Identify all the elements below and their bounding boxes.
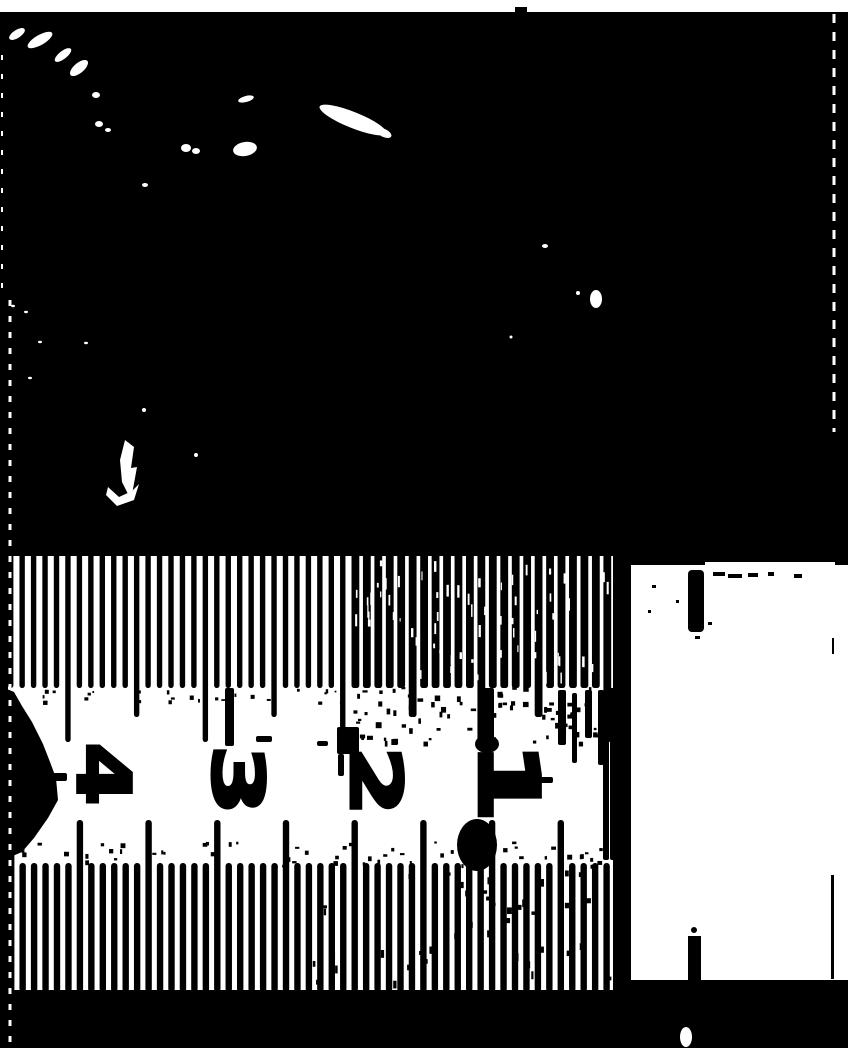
ruler-upper-tick-comb-shape xyxy=(317,550,322,688)
lower-comb-noise-shape xyxy=(454,933,459,939)
ruler-upper-tick-comb-shape xyxy=(443,550,451,688)
lower-comb-noise-shape xyxy=(120,849,122,854)
upper-comb-noise-shape xyxy=(471,604,472,617)
lower-comb-noise-shape xyxy=(295,847,299,849)
ruler-lower-tick-comb-shape xyxy=(100,863,106,992)
ruler-upper-tick-comb-shape xyxy=(340,550,345,742)
face-top-noise-shape xyxy=(391,739,397,745)
upper-comb-noise-shape xyxy=(468,594,470,605)
bright-panel-marks-shape xyxy=(748,573,758,577)
face-top-noise-shape xyxy=(379,690,382,694)
upper-comb-noise-shape xyxy=(537,610,538,614)
ruler-upper-tick-comb-shape xyxy=(294,550,299,688)
ruler-lower-tick-comb-shape xyxy=(31,863,37,992)
face-top-noise-shape xyxy=(510,705,513,710)
face-top-noise-shape xyxy=(84,697,88,700)
lower-comb-noise-shape xyxy=(282,865,284,868)
face-top-noise-shape xyxy=(335,691,337,693)
upper-comb-noise-shape xyxy=(564,573,566,583)
upper-comb-noise-shape xyxy=(552,613,554,619)
glare-streaks-shape xyxy=(542,244,548,248)
upper-comb-noise-shape xyxy=(434,561,436,572)
ruler-upper-tick-comb-shape xyxy=(248,550,253,688)
lower-comb-noise-shape xyxy=(586,898,591,903)
ruler-upper-tick-comb-shape xyxy=(466,550,474,688)
lower-comb-noise-shape xyxy=(114,858,117,860)
lower-comb-noise-shape xyxy=(411,960,413,968)
ruler-marks-noise-shape xyxy=(572,693,577,763)
lower-comb-noise-shape xyxy=(567,951,572,957)
lower-comb-noise-shape xyxy=(287,857,290,862)
ruler-upper-tick-comb-shape xyxy=(455,550,463,688)
upper-comb-noise-shape xyxy=(513,628,514,637)
face-top-noise-shape xyxy=(594,728,597,730)
lower-comb-noise-shape xyxy=(527,961,530,968)
face-top-noise-shape xyxy=(340,702,342,704)
ruler-lower-tick-comb-shape xyxy=(123,863,129,992)
upper-comb-noise-shape xyxy=(475,581,477,586)
face-top-noise-shape xyxy=(137,690,141,693)
upper-comb-noise-shape xyxy=(439,650,440,653)
face-top-noise-shape xyxy=(546,735,549,739)
upper-comb-noise-shape xyxy=(517,645,518,652)
glare-streaks-shape xyxy=(194,453,198,457)
glare-streaks-shape xyxy=(142,183,148,187)
ruler-lower-tick-comb-shape xyxy=(317,863,323,992)
lower-comb-noise-shape xyxy=(579,872,583,877)
lower-comb-noise-shape xyxy=(585,852,588,854)
ruler-lower-tick-comb-shape xyxy=(443,863,449,992)
upper-comb-noise-shape xyxy=(388,595,390,606)
lower-comb-noise-shape xyxy=(597,861,602,865)
ruler-lower-tick-comb-shape xyxy=(477,863,483,992)
lower-comb-noise-shape xyxy=(580,855,583,859)
ruler-lower-tick-comb-shape xyxy=(168,863,174,992)
lower-comb-noise-shape xyxy=(329,942,333,949)
glare-streaks-shape xyxy=(142,408,146,412)
upper-comb-noise-shape xyxy=(567,585,568,595)
glare-streaks-shape xyxy=(84,342,88,344)
bright-panel-marks-shape xyxy=(648,610,651,613)
ruler-upper-tick-comb-shape xyxy=(31,550,36,688)
face-top-noise-shape xyxy=(190,696,194,700)
ruler-upper-tick-comb-shape xyxy=(397,550,405,688)
ruler-lower-tick-comb-shape xyxy=(340,863,346,992)
face-top-noise-shape xyxy=(234,694,236,697)
lower-comb-noise-shape xyxy=(363,862,366,865)
upper-comb-noise-shape xyxy=(430,637,431,641)
glare-streaks-shape xyxy=(11,305,15,307)
glare-streaks-shape xyxy=(38,341,42,343)
lower-comb-noise-shape xyxy=(333,953,335,960)
ruler-lower-tick-comb-shape xyxy=(329,863,335,992)
lower-comb-noise-shape xyxy=(487,930,491,937)
ruler-lower-tick-comb-shape xyxy=(592,863,598,992)
face-top-noise-shape xyxy=(43,701,47,705)
ruler-upper-tick-comb-shape xyxy=(374,550,382,688)
ruler-lower-tick-comb-shape xyxy=(145,820,151,992)
ruler-upper-tick-comb-shape xyxy=(19,550,24,688)
face-top-noise-shape xyxy=(460,702,463,705)
ruler-lower-tick-comb-shape xyxy=(294,863,300,992)
face-top-noise-shape xyxy=(215,697,218,700)
upper-comb-noise-shape xyxy=(406,564,407,573)
upper-comb-noise-shape xyxy=(355,614,357,626)
face-top-noise-shape xyxy=(429,738,432,740)
lower-comb-noise-shape xyxy=(322,905,327,908)
ruler-lower-tick-comb-shape xyxy=(203,863,209,992)
ruler-upper-tick-comb-shape xyxy=(214,550,219,688)
face-top-noise-shape xyxy=(409,728,413,734)
face-top-noise-shape xyxy=(523,686,528,692)
ruler-lower-tick-comb-shape xyxy=(409,863,415,992)
lower-comb-noise-shape xyxy=(604,865,606,868)
face-top-noise-shape xyxy=(353,710,357,713)
ruler-upper-tick-comb-shape xyxy=(168,550,173,688)
face-top-noise-shape xyxy=(138,700,141,703)
divider-bar xyxy=(613,556,631,1048)
ruler-upper-tick-comb-shape xyxy=(558,550,566,688)
lower-comb-noise-shape xyxy=(565,870,569,876)
face-top-noise-shape xyxy=(88,693,91,696)
lower-comb-noise-shape xyxy=(335,966,338,974)
upper-comb-noise-shape xyxy=(450,666,452,673)
ruler-marks-noise-shape xyxy=(603,690,609,860)
face-top-noise-shape xyxy=(512,686,517,690)
bottom-shadow-highlight xyxy=(680,1027,692,1047)
upper-comb-noise-shape xyxy=(511,618,513,624)
upper-comb-noise-shape xyxy=(398,576,400,587)
upper-comb-noise-shape xyxy=(479,625,481,637)
bright-panel-marks-shape xyxy=(728,574,742,578)
lower-comb-noise-shape xyxy=(121,843,126,848)
lower-comb-noise-shape xyxy=(471,922,473,928)
lower-comb-noise-shape xyxy=(152,853,156,855)
ruler: 4 3 2 1 xyxy=(0,550,623,992)
ruler-lower-tick-comb-shape xyxy=(386,863,392,992)
lower-comb-noise-shape xyxy=(503,848,507,852)
bright-panel-marks-shape xyxy=(708,622,712,625)
lower-comb-noise-shape xyxy=(429,946,434,953)
lower-comb-noise-shape xyxy=(211,852,216,856)
lower-comb-noise-shape xyxy=(101,843,104,846)
lower-comb-noise-shape xyxy=(551,847,556,850)
bright-panel-top-tick xyxy=(688,570,704,632)
face-top-noise-shape xyxy=(498,694,503,698)
lower-comb-noise-shape xyxy=(476,855,480,860)
face-top-noise-shape xyxy=(578,707,580,710)
face-top-noise-shape xyxy=(341,688,344,691)
face-top-noise-shape xyxy=(535,686,540,691)
ruler-upper-tick-comb-shape xyxy=(489,550,497,688)
ruler-upper-tick-comb-shape xyxy=(123,550,128,688)
ruler-upper-tick-comb-shape xyxy=(157,550,162,688)
lower-comb-noise-shape xyxy=(581,882,583,888)
lower-comb-noise-shape xyxy=(591,865,595,869)
lower-comb-noise-shape xyxy=(486,897,489,901)
ruler-number-3: 3 xyxy=(196,745,278,816)
lower-comb-noise-shape xyxy=(607,884,609,891)
ruler-upper-tick-comb-shape xyxy=(145,550,150,688)
face-top-noise-shape xyxy=(567,703,572,707)
face-top-noise-shape xyxy=(503,703,507,706)
lower-comb-noise-shape xyxy=(381,950,384,958)
upper-comb-noise-shape xyxy=(421,571,422,580)
upper-comb-noise-shape xyxy=(367,597,369,605)
lower-comb-noise-shape xyxy=(461,864,463,868)
ruler-marks-noise-shape xyxy=(585,690,592,738)
face-top-noise-shape xyxy=(441,707,446,713)
lower-comb-noise-shape xyxy=(515,847,518,849)
ruler-upper-tick-comb-shape xyxy=(283,550,288,688)
lower-comb-noise-shape xyxy=(161,850,163,854)
upper-comb-noise-shape xyxy=(534,652,536,658)
face-top-noise-shape xyxy=(45,690,49,694)
lower-comb-noise-shape xyxy=(451,850,454,854)
upper-comb-noise-shape xyxy=(509,582,510,594)
lower-comb-noise-shape xyxy=(491,979,494,985)
glare-streaks-shape xyxy=(105,128,111,132)
bright-panel-marks-shape xyxy=(768,572,774,576)
face-top-noise-shape xyxy=(221,699,225,701)
ruler-marks-noise-shape xyxy=(225,688,234,746)
ruler-lower-tick-comb-shape xyxy=(432,863,438,992)
ruler-upper-tick-comb-shape xyxy=(191,550,196,688)
ruler-lower-tick-comb-shape xyxy=(42,863,48,992)
ruler-lower-tick-comb-shape xyxy=(157,863,163,992)
face-top-noise-shape xyxy=(402,724,406,727)
lower-comb-noise-shape xyxy=(229,842,232,847)
glare-streaks-shape xyxy=(576,291,580,295)
lower-comb-noise-shape xyxy=(519,856,524,859)
face-top-noise-shape xyxy=(393,689,396,693)
lower-comb-noise-shape xyxy=(410,861,412,866)
face-top-noise-shape xyxy=(358,719,361,721)
lower-comb-noise-shape xyxy=(512,842,516,845)
ruler-lower-tick-comb-shape xyxy=(603,863,609,992)
face-top-noise-shape xyxy=(417,698,423,701)
face-top-noise-shape xyxy=(418,718,421,723)
face-top-noise-shape xyxy=(43,695,45,698)
face-top-noise-shape xyxy=(384,738,386,741)
face-top-noise-shape xyxy=(457,696,461,702)
lower-comb-noise-shape xyxy=(490,853,494,855)
lower-comb-noise-shape xyxy=(383,854,387,857)
upper-comb-noise-shape xyxy=(558,653,559,666)
face-top-noise-shape xyxy=(267,699,271,701)
ruler-lower-tick-comb-shape xyxy=(512,863,518,992)
upper-comb-noise-shape xyxy=(497,645,499,649)
upper-comb-noise-shape xyxy=(386,578,387,589)
face-top-noise-shape xyxy=(471,708,476,711)
upper-comb-noise-shape xyxy=(437,612,439,621)
upper-comb-noise-shape xyxy=(416,637,418,646)
ruler-upper-tick-comb-shape xyxy=(100,550,105,688)
ruler-lower-tick-comb-shape xyxy=(134,863,140,992)
lower-comb-noise-shape xyxy=(531,911,535,914)
glare-streaks-shape xyxy=(24,311,28,313)
ruler-lower-tick-comb-shape xyxy=(191,863,197,992)
ruler-lower-tick-comb-shape xyxy=(237,863,243,992)
face-top-noise-shape xyxy=(467,728,472,731)
lower-comb-noise-shape xyxy=(206,842,209,846)
lower-comb-noise-shape xyxy=(236,842,238,845)
bright-panel-marks-shape xyxy=(691,927,697,933)
ruler-upper-tick-comb-shape xyxy=(42,550,47,688)
panel-right-edge-mark xyxy=(832,638,834,654)
lower-comb-noise-shape xyxy=(305,851,309,855)
upper-comb-noise-shape xyxy=(471,659,473,663)
face-top-noise-shape xyxy=(555,723,558,729)
lower-comb-noise-shape xyxy=(446,872,450,875)
glare-streaks-shape xyxy=(28,377,32,379)
upper-comb-noise-shape xyxy=(476,653,477,659)
upper-comb-noise-shape xyxy=(568,598,570,610)
ruler-lower-tick-comb-shape xyxy=(180,863,186,992)
bright-panel-marks-shape xyxy=(676,600,679,603)
upper-comb-noise-shape xyxy=(393,612,394,620)
lower-comb-noise-shape xyxy=(38,843,42,846)
lower-comb-noise-shape xyxy=(535,949,539,953)
upper-comb-noise-shape xyxy=(603,572,605,582)
face-top-noise-shape xyxy=(423,742,428,747)
lower-comb-noise-shape xyxy=(545,856,547,859)
ruler-lower-tick-comb-shape xyxy=(111,863,117,992)
ruler-lower-tick-comb-shape xyxy=(214,820,220,992)
ruler-upper-tick-comb-shape xyxy=(54,550,59,688)
upper-comb-noise-shape xyxy=(370,593,372,605)
lower-comb-noise-shape xyxy=(408,874,412,879)
face-top-noise-shape xyxy=(523,702,529,707)
ruler-upper-tick-comb-shape xyxy=(363,550,371,688)
ruler-lower-tick-comb-shape xyxy=(374,863,380,992)
upper-comb-noise-shape xyxy=(368,620,371,627)
upper-comb-noise-shape xyxy=(477,674,478,680)
face-top-noise-shape xyxy=(437,728,441,731)
panel-right-edge-line xyxy=(831,875,834,979)
face-top-noise-shape xyxy=(365,712,368,715)
face-top-noise-shape xyxy=(393,710,396,716)
lower-comb-noise-shape xyxy=(22,852,26,857)
upper-comb-noise-shape xyxy=(499,650,502,658)
lower-comb-noise-shape xyxy=(391,848,394,852)
upper-comb-noise-shape xyxy=(411,628,413,637)
upper-comb-noise-shape xyxy=(368,611,369,620)
upper-comb-noise-shape xyxy=(550,593,552,601)
face-top-noise-shape xyxy=(251,695,255,699)
ruler-lower-tick-comb-shape xyxy=(260,863,266,992)
bright-panel-bottom-tick xyxy=(688,936,701,986)
lower-comb-noise-shape xyxy=(423,959,428,964)
lower-comb-noise-shape xyxy=(64,852,69,857)
lower-comb-noise-shape xyxy=(540,879,544,887)
upper-comb-noise-shape xyxy=(549,568,551,574)
ruler-upper-tick-comb-shape xyxy=(65,550,70,742)
upper-comb-noise-shape xyxy=(478,578,481,587)
face-top-noise-shape xyxy=(356,722,360,724)
face-top-noise-shape xyxy=(498,703,500,707)
ruler-lower-tick-comb-shape xyxy=(65,863,71,992)
face-top-noise-shape xyxy=(297,689,300,692)
face-top-noise-shape xyxy=(408,694,413,697)
upper-comb-noise-shape xyxy=(484,607,486,615)
lower-comb-noise-shape xyxy=(377,860,380,864)
face-top-noise-shape xyxy=(378,701,382,706)
ruler-upper-tick-comb-shape xyxy=(569,550,577,688)
face-top-noise-shape xyxy=(542,715,545,720)
ruler-lower-tick-comb-shape xyxy=(523,863,529,992)
glare-streaks-shape xyxy=(192,148,200,154)
margin-speck xyxy=(515,7,527,12)
face-top-noise-shape xyxy=(376,722,382,728)
ruler-number-4: 4 xyxy=(60,742,146,805)
bottom-shadow xyxy=(631,980,848,1048)
bright-panel-marks-shape xyxy=(713,572,725,576)
face-top-noise-shape xyxy=(435,696,440,702)
lower-comb-noise-shape xyxy=(393,981,396,989)
bright-panel-marks-shape xyxy=(695,636,700,639)
face-top-noise-shape xyxy=(579,742,583,747)
glare-streaks-shape xyxy=(181,144,191,152)
ruler-number-2: 2 xyxy=(334,746,416,817)
lower-comb-noise-shape xyxy=(343,846,347,850)
face-top-noise-shape xyxy=(593,732,598,737)
upper-comb-noise-shape xyxy=(420,670,421,679)
ruler-upper-tick-comb-shape xyxy=(237,550,242,688)
upper-comb-noise-shape xyxy=(544,672,547,684)
glare-streaks-shape xyxy=(590,290,602,308)
ruler-lower-tick-comb-shape xyxy=(226,863,232,992)
lower-comb-noise-shape xyxy=(515,953,519,961)
upper-comb-noise-shape xyxy=(457,585,459,597)
lower-comb-noise-shape xyxy=(565,903,569,908)
upper-comb-noise-shape xyxy=(460,652,462,659)
ruler-upper-tick-comb-shape xyxy=(581,550,589,688)
ruler-upper-tick-comb-shape xyxy=(260,550,265,688)
ruler-lower-tick-comb-shape xyxy=(77,820,83,992)
bright-panel-surface xyxy=(631,565,848,985)
lower-comb-noise-shape xyxy=(506,918,510,923)
lower-comb-noise-shape xyxy=(487,877,490,884)
bright-panel-top-edge xyxy=(705,562,835,568)
lower-comb-noise-shape xyxy=(400,853,405,855)
upper-comb-noise-shape xyxy=(400,618,401,621)
ruler-upper-tick-comb-shape xyxy=(386,550,394,688)
upper-comb-noise-shape xyxy=(526,565,528,576)
lower-comb-noise-shape xyxy=(419,951,422,955)
ruler-number-1: 1 xyxy=(461,743,555,821)
lower-comb-noise-shape xyxy=(483,890,488,893)
lower-comb-noise-shape xyxy=(590,858,593,862)
lower-comb-noise-shape xyxy=(349,843,353,846)
ruler-lower-tick-comb-shape xyxy=(271,863,277,992)
upper-comb-noise-shape xyxy=(356,590,358,598)
ruler-upper-tick-comb-shape xyxy=(8,550,13,688)
upper-comb-noise-shape xyxy=(607,582,609,594)
ruler-lower-tick-comb-shape xyxy=(363,863,369,992)
lower-comb-noise-shape xyxy=(109,849,113,853)
lower-comb-noise-shape xyxy=(540,947,544,953)
face-top-noise-shape xyxy=(549,702,554,705)
photo: 4 3 2 1 xyxy=(0,0,848,1060)
upper-comb-noise-shape xyxy=(582,656,585,667)
ruler-lower-tick-comb-shape xyxy=(88,863,94,992)
face-top-noise-shape xyxy=(360,735,365,739)
lower-comb-noise-shape xyxy=(493,903,495,906)
lower-comb-noise-shape xyxy=(547,974,551,980)
lower-comb-noise-shape xyxy=(580,943,582,950)
lower-comb-noise-shape xyxy=(465,891,469,897)
